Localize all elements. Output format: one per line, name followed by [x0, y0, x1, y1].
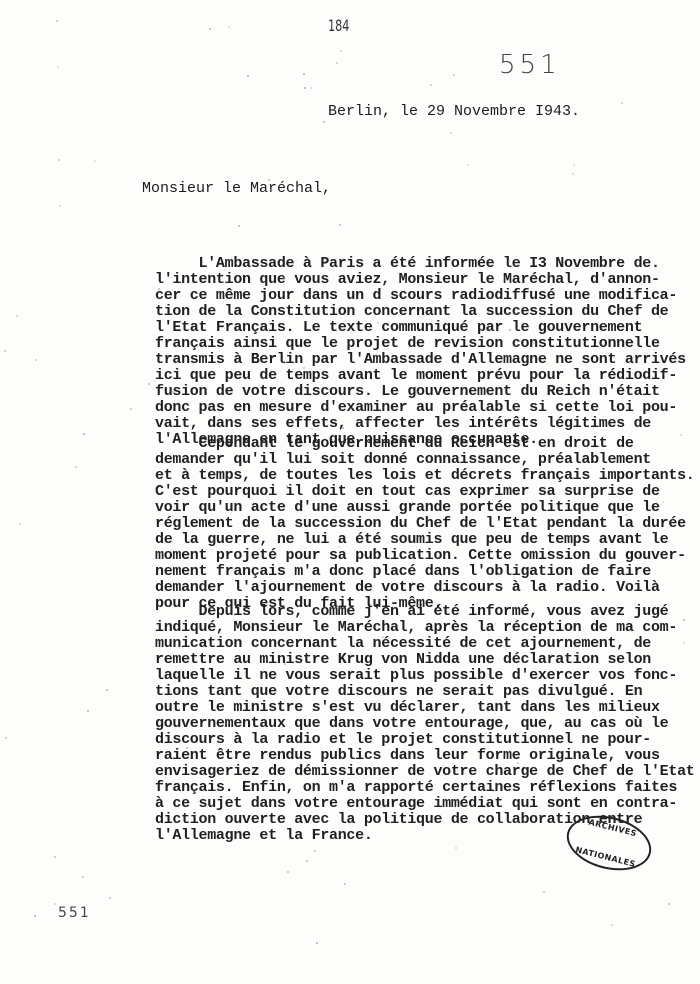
speck	[83, 433, 85, 435]
text-line: à ce sujet dans votre entourage immédiat…	[155, 796, 695, 812]
text-line: français. Enfin, on m'a rapporté certain…	[155, 780, 695, 796]
speck	[342, 427, 344, 429]
margin-note: 551	[58, 905, 91, 921]
speck	[284, 663, 286, 665]
speck	[364, 307, 366, 309]
speck	[316, 942, 318, 944]
speck	[106, 689, 108, 691]
text-line: ici que peu de temps avant le moment pré…	[155, 368, 686, 384]
speck	[621, 102, 623, 104]
speck	[54, 856, 56, 858]
speck	[573, 164, 575, 166]
speck	[75, 466, 77, 468]
text-line: indiqué, Monsieur le Maréchal, après la …	[155, 620, 695, 636]
text-line: moment projeté pour sa publication. Cett…	[155, 548, 695, 564]
text-line: laquelle il ne vous serait plus possible…	[155, 668, 695, 684]
speck	[34, 915, 36, 917]
speck	[287, 871, 289, 873]
speck	[573, 822, 575, 824]
text-line: l'Etat Français. Le texte communiqué par…	[155, 320, 686, 336]
speck	[5, 737, 7, 739]
speck	[511, 444, 513, 446]
speck	[168, 432, 170, 434]
speck	[494, 623, 496, 625]
text-line: nement français m'a donc placé dans l'ob…	[155, 564, 695, 580]
speck	[377, 322, 379, 324]
speck	[4, 350, 6, 352]
speck	[16, 315, 18, 317]
text-line: outre le ministre s'est vu déclarer, tan…	[155, 700, 695, 716]
speck	[668, 903, 670, 905]
dateline: Berlin, le 29 Novembre I943.	[328, 103, 580, 120]
speck	[82, 876, 84, 878]
text-line: munication concernant la nécessité de ce…	[155, 636, 695, 652]
speck	[338, 546, 340, 548]
text-line: cer ce même jour dans un d scours radiod…	[155, 288, 686, 304]
speck	[610, 458, 612, 460]
speck	[499, 573, 501, 575]
speck	[304, 87, 306, 89]
letter-page: 184 551 Berlin, le 29 Novembre I943. Mon…	[0, 0, 700, 984]
speck	[683, 619, 685, 621]
speck	[572, 173, 574, 175]
speck	[382, 636, 384, 638]
text-line: et à temps, de toutes les lois et décret…	[155, 468, 695, 484]
speck	[455, 847, 457, 849]
speck	[19, 523, 21, 525]
text-line: demander qu'il lui soit donné connaissan…	[155, 452, 695, 468]
speck	[311, 428, 313, 430]
speck	[286, 485, 288, 487]
reference-mark: 551	[499, 50, 561, 80]
speck	[56, 20, 58, 22]
speck	[59, 205, 61, 207]
speck	[339, 224, 341, 226]
text-line: vait, dans ses effets, affecter les inté…	[155, 416, 686, 432]
text-line: Depuis lors, comme j'en ai été informé, …	[155, 604, 695, 620]
speck	[430, 84, 432, 86]
text-line: fusion de votre discours. Le gouvernemen…	[155, 384, 686, 400]
speck	[58, 159, 60, 161]
text-line: C'est pourquoi il doit en tout cas expri…	[155, 484, 695, 500]
speck	[314, 850, 316, 852]
speck	[283, 277, 285, 279]
text-line: envisageriez de démissionner de votre ch…	[155, 764, 695, 780]
speck	[87, 710, 89, 712]
text-line: réglement de la succession du Chef de l'…	[155, 516, 695, 532]
speck	[160, 721, 162, 723]
text-line: discours à la radio et le projet constit…	[155, 732, 695, 748]
speck	[336, 62, 338, 64]
text-line: gouvernementaux que dans votre entourage…	[155, 716, 695, 732]
speck	[323, 121, 325, 123]
speck	[238, 225, 240, 227]
speck	[303, 367, 305, 369]
text-line: donc pas en mesure d'examiner au préalab…	[155, 400, 686, 416]
speck	[163, 724, 165, 726]
speck	[306, 860, 308, 862]
speck	[662, 501, 664, 503]
speck	[618, 257, 620, 259]
text-line: raient être rendus publics dans leur for…	[155, 748, 695, 764]
text-line: transmis à Berlin par l'Ambassade d'Alle…	[155, 352, 686, 368]
text-line: Cependant le gouvernement du Reich est e…	[155, 436, 695, 452]
speck	[515, 624, 517, 626]
folio-number: 184	[328, 16, 349, 35]
speck	[94, 160, 96, 162]
text-line: tions tant que votre discours ne serait …	[155, 684, 695, 700]
speck	[652, 782, 654, 784]
speck	[344, 883, 346, 885]
speck	[625, 514, 627, 516]
speck	[508, 260, 510, 262]
stamp-bottom-text: NATIONALES	[565, 843, 647, 872]
paragraph-2: Cependant le gouvernement du Reich est e…	[155, 436, 695, 612]
speck	[54, 903, 56, 905]
speck	[172, 391, 174, 393]
speck	[303, 73, 305, 75]
speck	[130, 408, 132, 410]
speck	[268, 179, 270, 181]
speck	[611, 924, 613, 926]
speck	[310, 87, 312, 89]
speck	[416, 391, 418, 393]
speck	[186, 747, 188, 749]
speck	[467, 164, 469, 166]
speck	[35, 359, 37, 361]
speck	[533, 342, 535, 344]
text-line: l'intention que vous aviez, Monsieur le …	[155, 272, 686, 288]
speck	[209, 28, 211, 30]
speck	[340, 50, 342, 52]
paragraph-1: L'Ambassade à Paris a été informée le I3…	[155, 256, 686, 448]
text-line: demander l'ajournement de votre discours…	[155, 580, 695, 596]
text-line: voir qu'un acte d'une aussi grande porté…	[155, 500, 695, 516]
speck	[626, 584, 628, 586]
speck	[453, 74, 455, 76]
text-line: français ainsi que le projet de revision…	[155, 336, 686, 352]
speck	[57, 66, 59, 68]
speck	[509, 329, 511, 331]
speck	[247, 75, 249, 77]
speck	[162, 655, 164, 657]
speck	[680, 434, 682, 436]
speck	[386, 475, 388, 477]
speck	[154, 380, 156, 382]
speck	[450, 132, 452, 134]
salutation: Monsieur le Maréchal,	[142, 180, 331, 197]
speck	[148, 383, 150, 385]
speck	[659, 316, 661, 318]
speck	[190, 343, 192, 345]
text-line: remettre au ministre Krug von Nidda une …	[155, 652, 695, 668]
speck	[517, 762, 519, 764]
text-line: de la guerre, ne lui a été soumis que pe…	[155, 532, 695, 548]
speck	[543, 891, 545, 893]
speck	[109, 897, 111, 899]
text-line: tion de la Constitution concernant la su…	[155, 304, 686, 320]
speck	[158, 288, 160, 290]
paragraph-3: Depuis lors, comme j'en ai été informé, …	[155, 604, 695, 844]
speck	[463, 273, 465, 275]
text-line: L'Ambassade à Paris a été informée le I3…	[155, 256, 686, 272]
speck	[228, 26, 230, 28]
speck	[683, 642, 685, 644]
